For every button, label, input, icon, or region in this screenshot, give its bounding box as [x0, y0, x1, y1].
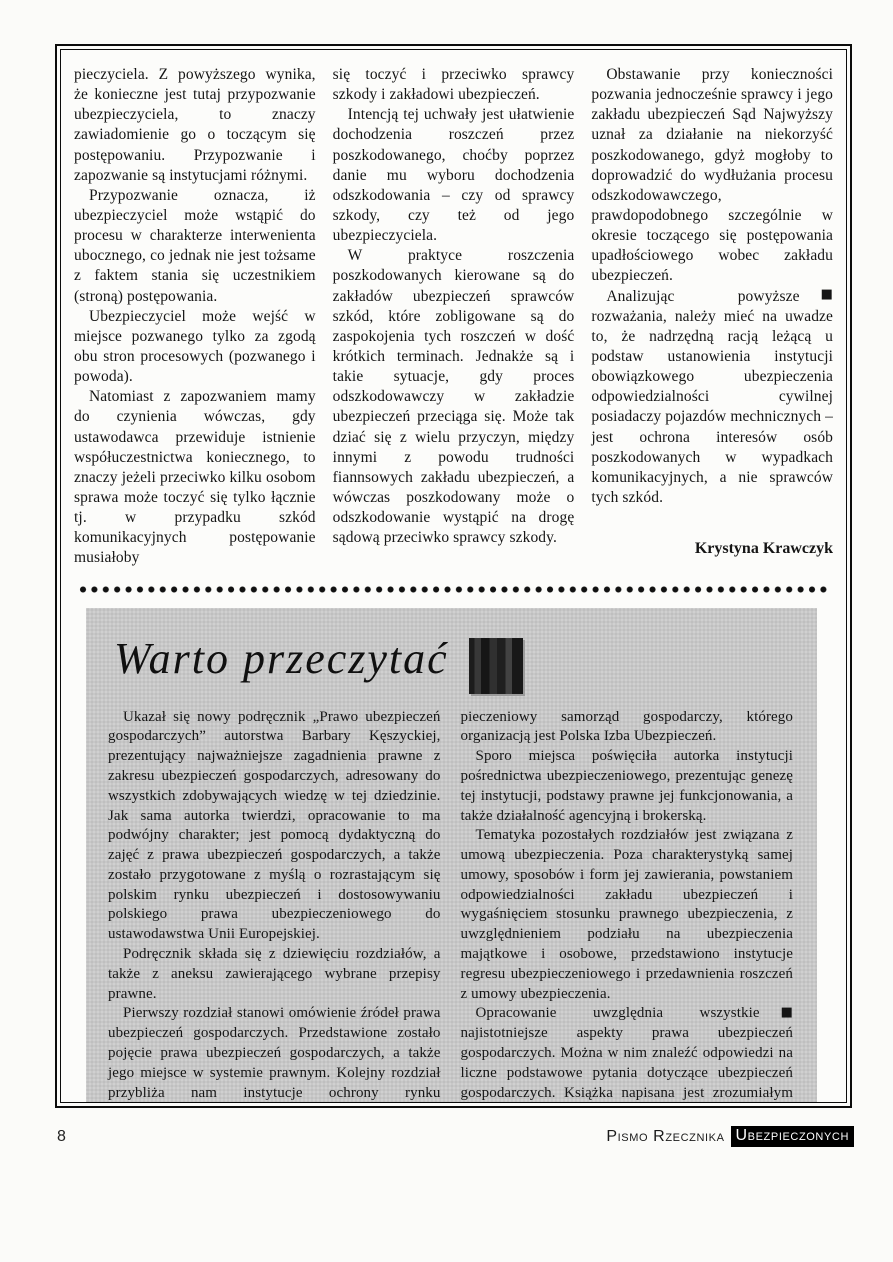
end-of-article-marker: ■: [806, 287, 833, 304]
paragraph: W praktyce roszczenia poszkodowanych kie…: [333, 246, 575, 548]
paragraph: pieczeniowy samorząd gospodarczy, któreg…: [461, 708, 794, 748]
review-columns: Ukazał się nowy podręcznik „Prawo ubezpi…: [108, 708, 793, 1103]
article-column-2: się toczyć i przeciwko sprawcy szkody i …: [333, 65, 575, 569]
paragraph: Pierwszy rozdział stanowi omówienie źród…: [108, 1004, 441, 1103]
paragraph: Natomiast z zapozwaniem mamy do czynieni…: [74, 387, 316, 568]
paragraph: Ukazał się nowy podręcznik „Prawo ubezpi…: [108, 708, 441, 946]
review-box: Warto przeczytać Ukazał się nowy podręcz…: [86, 608, 817, 1103]
page-number: 8: [57, 1128, 66, 1146]
page-frame: pieczyciela. Z powyższego wynika, że kon…: [55, 44, 852, 1108]
page-footer: 8 Pismo Rzecznika Ubezpieczonych: [57, 1126, 854, 1147]
paragraph: się toczyć i przeciwko sprawcy szkody i …: [333, 65, 575, 105]
paragraph: Obstawanie przy konieczności pozwania je…: [591, 65, 833, 287]
paragraph: Intencją tej uchwały jest ułatwienie doc…: [333, 105, 575, 246]
article-column-3: Obstawanie przy konieczności pozwania je…: [591, 65, 833, 569]
paragraph: Przypozwanie oznacza, iż ubezpieczyciel …: [74, 186, 316, 307]
paragraph: ■Analizując powyższe rozważania, należy …: [591, 287, 833, 509]
paragraph: Podręcznik składa się z dziewięciu rozdz…: [108, 945, 441, 1004]
end-of-article-marker: ■: [766, 1004, 793, 1021]
journal-title: Pismo Rzecznika Ubezpieczonych: [606, 1126, 854, 1147]
review-column-1: Ukazał się nowy podręcznik „Prawo ubezpi…: [108, 708, 441, 1103]
article-columns: pieczyciela. Z powyższego wynika, że kon…: [74, 65, 833, 569]
article-author: Krystyna Krawczyk: [591, 540, 833, 558]
page-frame-inner: pieczyciela. Z powyższego wynika, że kon…: [60, 49, 847, 1103]
paragraph: Sporo miejsca poświęciła autorka instytu…: [461, 747, 794, 826]
journal-name: Pismo Rzecznika: [606, 1128, 724, 1146]
review-column-2: pieczeniowy samorząd gospodarczy, któreg…: [461, 708, 794, 1103]
paragraph: pieczyciela. Z powyższego wynika, że kon…: [74, 65, 316, 186]
paragraph: ■Opracowanie uwzględnia wszystkie najist…: [461, 1004, 794, 1103]
dotted-divider: [79, 585, 828, 594]
journal-badge: Ubezpieczonych: [731, 1126, 854, 1147]
article-column-1: pieczyciela. Z powyższego wynika, że kon…: [74, 65, 316, 569]
paragraph: Tematyka pozostałych rozdziałów jest zwi…: [461, 826, 794, 1004]
review-heading-row: Warto przeczytać: [114, 636, 793, 694]
paragraph: Ubezpieczyciel może wejść w miejsce pozw…: [74, 307, 316, 388]
books-icon: [469, 638, 523, 694]
review-heading: Warto przeczytać: [114, 636, 449, 682]
